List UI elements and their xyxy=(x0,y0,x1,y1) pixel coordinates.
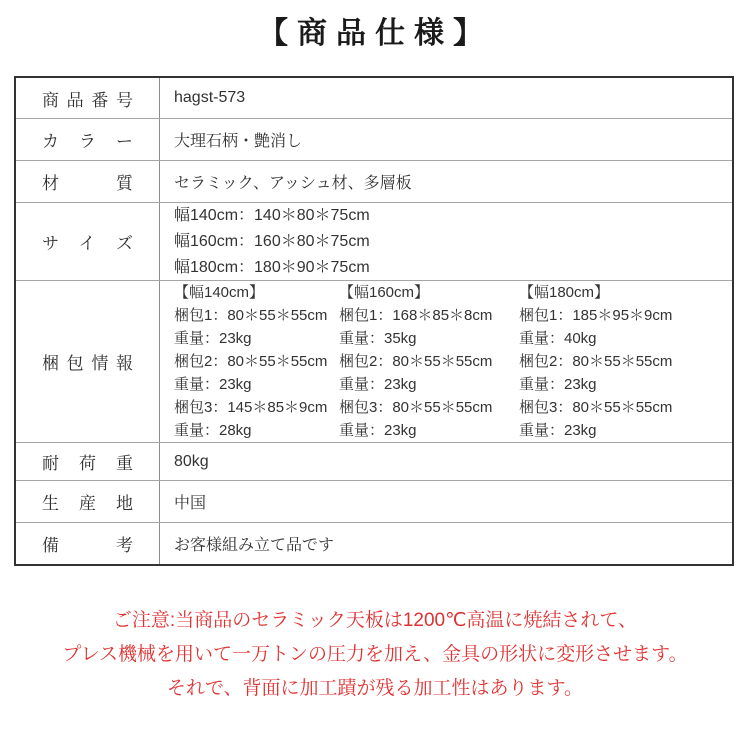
spec-value-origin: 中国 xyxy=(160,481,732,522)
spec-row-material: 材質 セラミック、アッシュ材、多層板 xyxy=(16,160,732,202)
size-line: 幅180cm：180＊90＊75cm xyxy=(174,255,732,281)
spec-label: 備考 xyxy=(42,531,133,556)
packing-line: 重量：23kg xyxy=(519,419,732,442)
packing-line: 梱包1：185＊95＊9cm xyxy=(519,304,732,327)
packing-line: 重量：23kg xyxy=(174,373,339,396)
spec-label: 商品番号 xyxy=(42,86,133,111)
packing-line: 梱包2：80＊55＊55cm xyxy=(174,350,339,373)
packing-line: 重量：23kg xyxy=(339,373,519,396)
packing-line: 重量：35kg xyxy=(339,327,519,350)
spec-row-color: カラー 大理石柄・艶消し xyxy=(16,118,732,160)
spec-row-remarks: 備考 お客様組み立て品です xyxy=(16,522,732,564)
size-line: 幅160cm：160＊80＊75cm xyxy=(174,229,732,255)
page-title: 【商品仕様】 xyxy=(0,8,750,52)
packing-line: 梱包3：145＊85＊9cm xyxy=(174,396,339,419)
size-line: 幅140cm：140＊80＊75cm xyxy=(174,203,732,229)
spec-label: 梱包情報 xyxy=(42,349,133,374)
packing-columns: 【幅140cm】 梱包1：80＊55＊55cm 重量：23kg 梱包2：80＊5… xyxy=(174,281,732,442)
packing-line: 重量：23kg xyxy=(519,373,732,396)
notice-line: ご注意:当商品のセラミック天板は1200℃高温に焼結されて、 xyxy=(0,604,750,638)
spec-label: 生産地 xyxy=(42,489,133,514)
packing-heading: 【幅180cm】 xyxy=(519,281,732,304)
notice-line: プレス機械を用いて一万トンの圧力を加え、金具の形状に変形させます。 xyxy=(0,638,750,672)
packing-line: 梱包3：80＊55＊55cm xyxy=(339,396,519,419)
spec-row-origin: 生産地 中国 xyxy=(16,480,732,522)
spec-row-packing: 梱包情報 【幅140cm】 梱包1：80＊55＊55cm 重量：23kg 梱包2… xyxy=(16,280,732,442)
packing-column-180: 【幅180cm】 梱包1：185＊95＊9cm 重量：40kg 梱包2：80＊5… xyxy=(519,281,732,442)
spec-value-product-number: hagst-573 xyxy=(160,78,732,118)
spec-label-cell: 材質 xyxy=(16,161,160,202)
spec-value-size: 幅140cm：140＊80＊75cm 幅160cm：160＊80＊75cm 幅1… xyxy=(160,203,732,280)
spec-value-load-capacity: 80kg xyxy=(160,443,732,480)
spec-value-remarks: お客様組み立て品です xyxy=(160,523,732,564)
packing-heading: 【幅160cm】 xyxy=(339,281,519,304)
packing-line: 梱包1：80＊55＊55cm xyxy=(174,304,339,327)
spec-label-cell: 生産地 xyxy=(16,481,160,522)
spec-label: 材質 xyxy=(42,169,133,194)
packing-line: 重量：28kg xyxy=(174,419,339,442)
spec-table: 商品番号 hagst-573 カラー 大理石柄・艶消し 材質 セラミック、アッシ… xyxy=(14,76,734,566)
spec-row-product-number: 商品番号 hagst-573 xyxy=(16,78,732,118)
spec-value-material: セラミック、アッシュ材、多層板 xyxy=(160,161,732,202)
spec-label-cell: 備考 xyxy=(16,523,160,564)
spec-row-size: サイズ 幅140cm：140＊80＊75cm 幅160cm：160＊80＊75c… xyxy=(16,202,732,280)
packing-line: 梱包2：80＊55＊55cm xyxy=(519,350,732,373)
notice-line: それで、背面に加工蹟が残る加工性はあります。 xyxy=(0,672,750,706)
spec-label-cell: カラー xyxy=(16,119,160,160)
packing-line: 梱包3：80＊55＊55cm xyxy=(519,396,732,419)
packing-line: 梱包2：80＊55＊55cm xyxy=(339,350,519,373)
spec-label: 耐荷重 xyxy=(42,449,133,474)
packing-line: 重量：40kg xyxy=(519,327,732,350)
packing-column-140: 【幅140cm】 梱包1：80＊55＊55cm 重量：23kg 梱包2：80＊5… xyxy=(174,281,339,442)
packing-line: 梱包1：168＊85＊8cm xyxy=(339,304,519,327)
spec-label: サイズ xyxy=(42,229,133,254)
spec-label-cell: 耐荷重 xyxy=(16,443,160,480)
packing-heading: 【幅140cm】 xyxy=(174,281,339,304)
spec-value-color: 大理石柄・艶消し xyxy=(160,119,732,160)
spec-label-cell: 梱包情報 xyxy=(16,281,160,442)
packing-line: 重量：23kg xyxy=(174,327,339,350)
spec-label: カラー xyxy=(42,127,133,152)
notice-text: ご注意:当商品のセラミック天板は1200℃高温に焼結されて、 プレス機械を用いて… xyxy=(0,604,750,706)
spec-label-cell: 商品番号 xyxy=(16,78,160,118)
packing-column-160: 【幅160cm】 梱包1：168＊85＊8cm 重量：35kg 梱包2：80＊5… xyxy=(339,281,519,442)
spec-value-packing: 【幅140cm】 梱包1：80＊55＊55cm 重量：23kg 梱包2：80＊5… xyxy=(160,281,732,442)
packing-line: 重量：23kg xyxy=(339,419,519,442)
spec-label-cell: サイズ xyxy=(16,203,160,280)
spec-row-load-capacity: 耐荷重 80kg xyxy=(16,442,732,480)
